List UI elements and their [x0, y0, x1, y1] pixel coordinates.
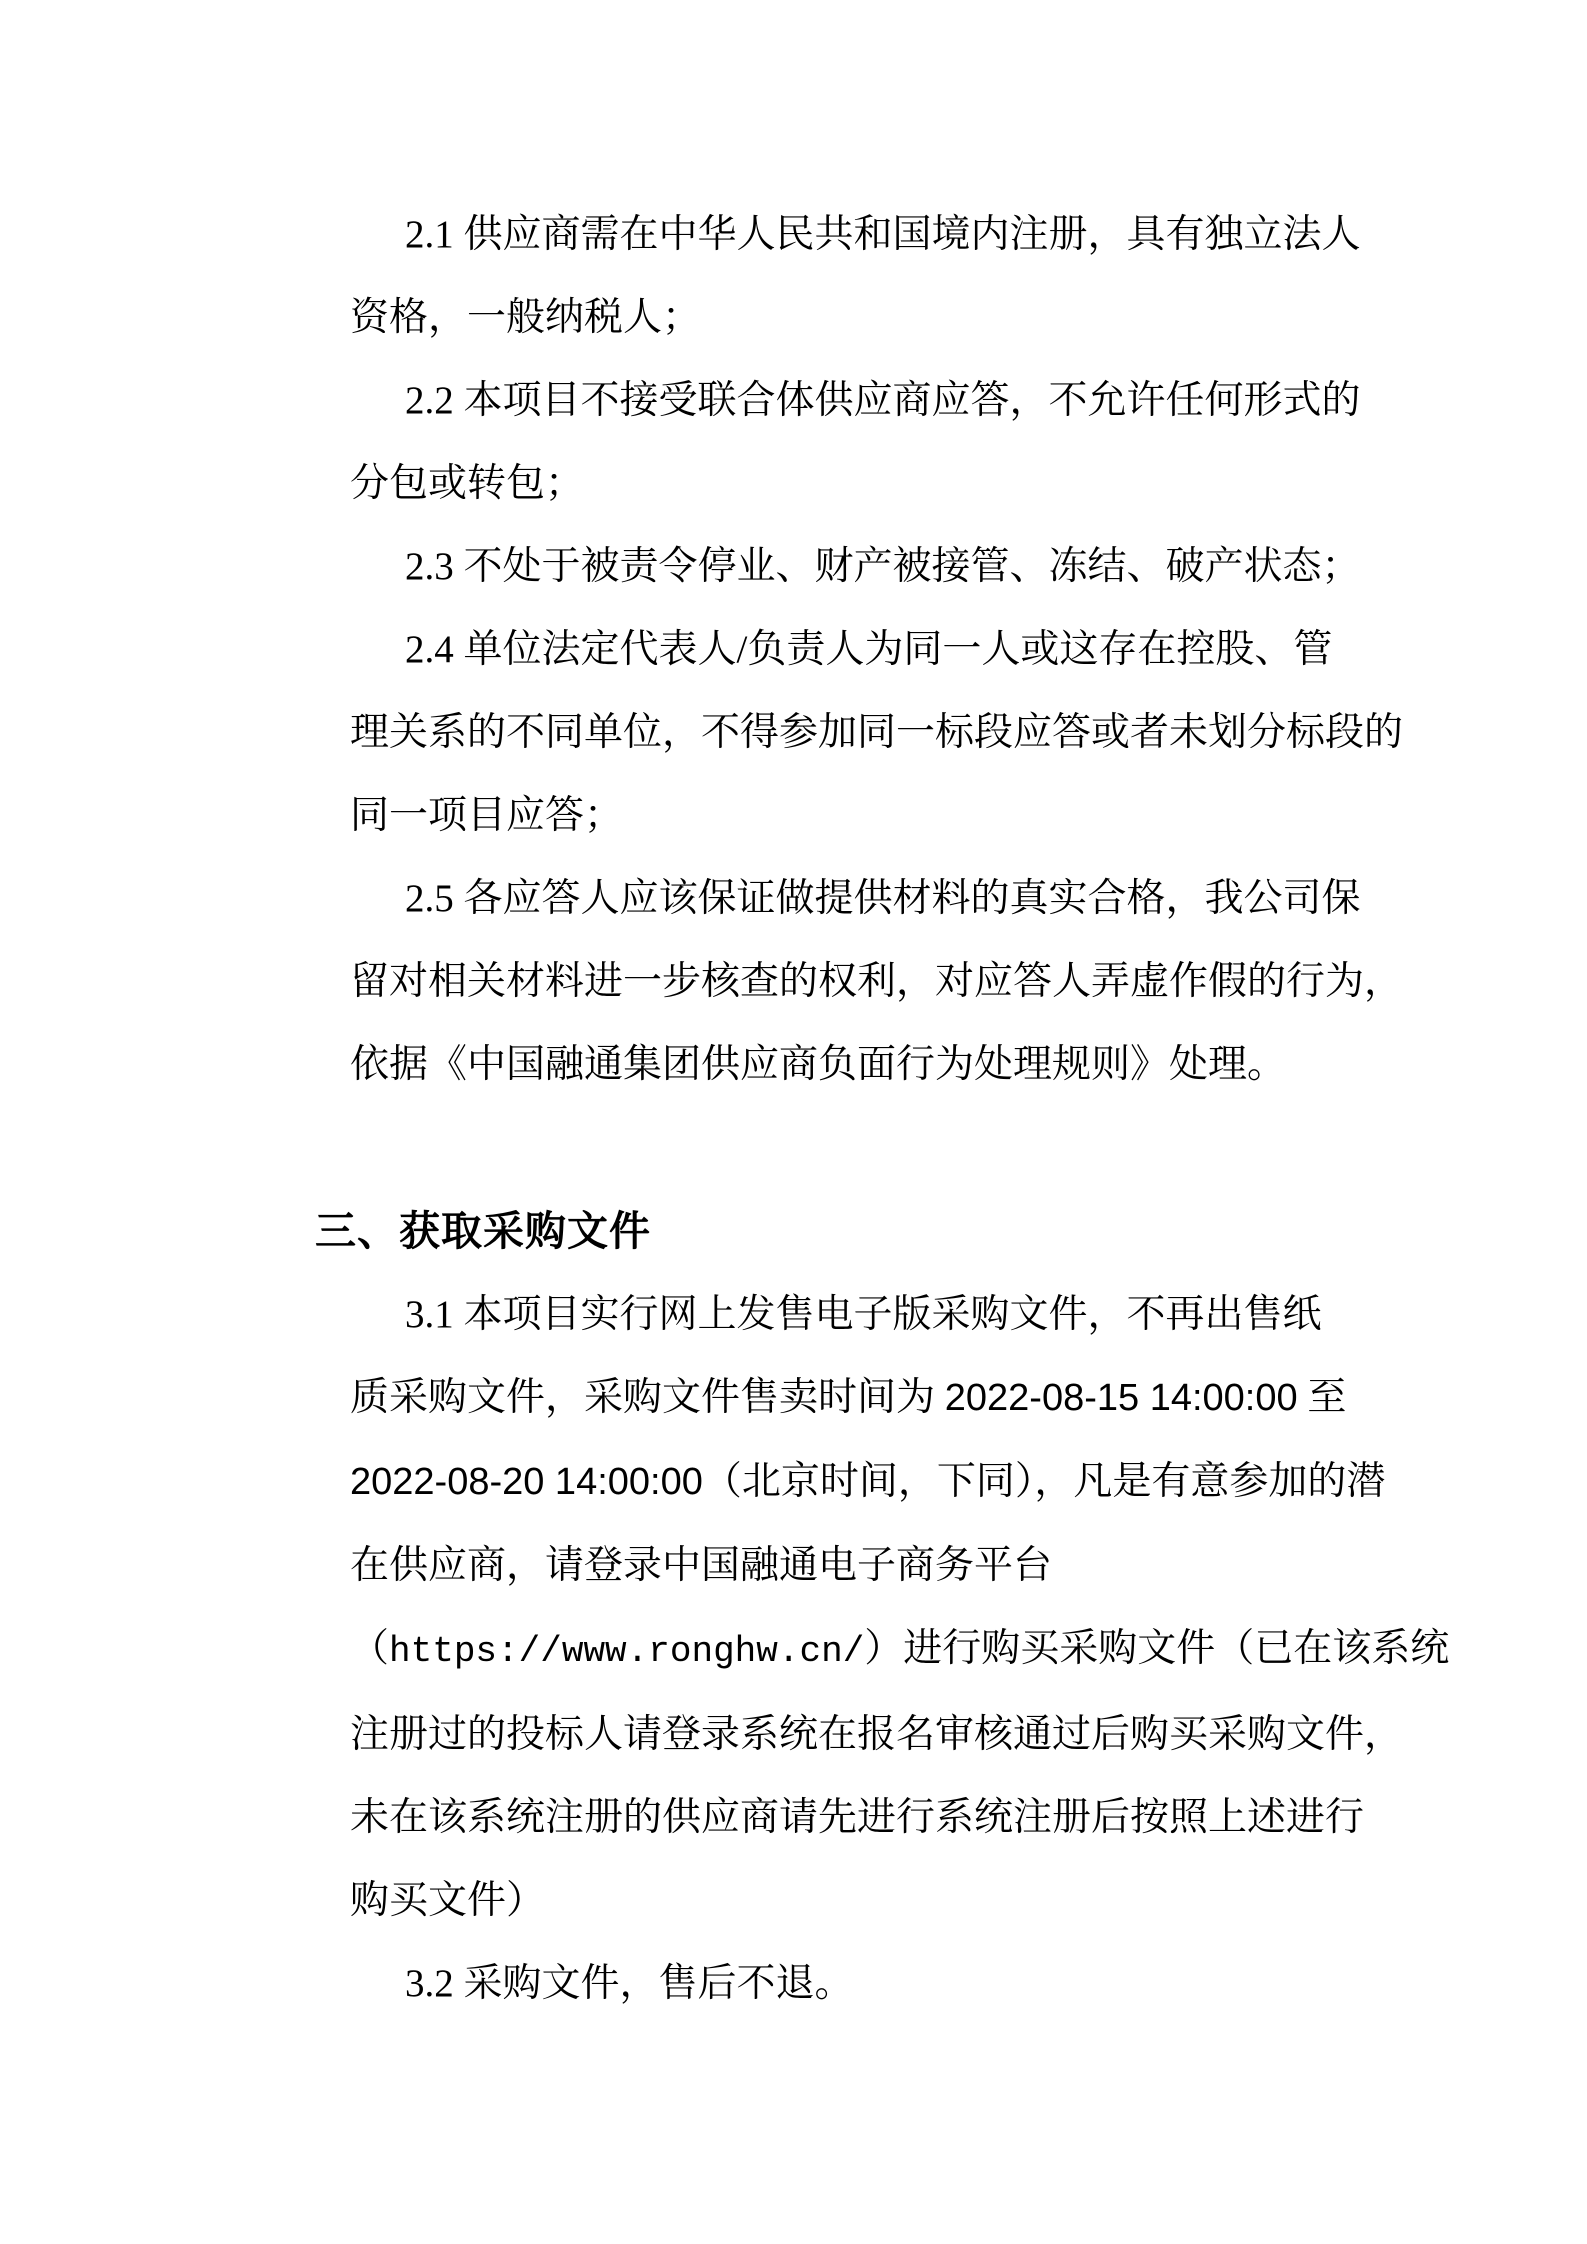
clause-3-1-line-1: 3.1 本项目实行网上发售电子版采购文件，不再出售纸 — [350, 1273, 1415, 1356]
clause-3-1-line-5: （https://www.ronghw.cn/）进行购买采购文件（已在该系统 — [350, 1607, 1415, 1693]
clause-3-2-line: 3.2 采购文件，售后不退。 — [350, 1942, 1415, 2025]
sale-time-joiner: 至 — [1298, 1376, 1347, 1419]
platform-url: https://www.ronghw.cn/ — [389, 1631, 864, 1672]
clause-3-1-line-2: 质采购文件，采购文件售卖时间为 2022-08-15 14:00:00 至 — [350, 1356, 1415, 1440]
clause-2-4-line-2: 理关系的不同单位，不得参加同一标段应答或者未划分标段的 — [350, 691, 1415, 774]
sale-end-datetime: 2022-08-20 14:00:00 — [350, 1461, 703, 1503]
document-page: 2.1 供应商需在中华人民共和国境内注册，具有独立法人 资格，一般纳税人； 2.… — [0, 0, 1587, 2244]
clause-2-4-line-1: 2.4 单位法定代表人/负责人为同一人或这存在控股、管 — [350, 608, 1415, 691]
clause-3-1-line-7: 未在该系统注册的供应商请先进行系统注册后按照上述进行 — [350, 1776, 1415, 1859]
clause-2-1-line-2: 资格，一般纳税人； — [350, 276, 1415, 359]
clause-3-1-line-8: 购买文件） — [350, 1859, 1415, 1942]
clause-2-1-line-1: 2.1 供应商需在中华人民共和国境内注册，具有独立法人 — [350, 193, 1415, 276]
section-heading-obtain-documents: 三、获取采购文件 — [315, 1198, 1415, 1264]
clause-2-5-line-2: 留对相关材料进一步核查的权利，对应答人弄虚作假的行为， — [350, 940, 1415, 1023]
sale-start-datetime: 2022-08-15 14:00:00 — [945, 1377, 1298, 1419]
clause-2-4-line-3: 同一项目应答； — [350, 774, 1415, 857]
url-suffix-text: ）进行购买采购文件（已在该系统 — [864, 1627, 1449, 1670]
clause-2-3-line: 2.3 不处于被责令停业、财产被接管、冻结、破产状态； — [350, 525, 1415, 608]
sale-time-prefix: 质采购文件，采购文件售卖时间为 — [350, 1376, 945, 1419]
url-open-paren: （ — [350, 1627, 389, 1670]
clause-2-2-line-2: 分包或转包； — [350, 442, 1415, 525]
clause-3-1-line-4: 在供应商，请登录中国融通电子商务平台 — [350, 1524, 1415, 1607]
clause-2-5-line-1: 2.5 各应答人应该保证做提供材料的真实合格，我公司保 — [350, 857, 1415, 940]
clause-2-5-line-3: 依据《中国融通集团供应商负面行为处理规则》处理。 — [350, 1023, 1415, 1106]
document-content: 2.1 供应商需在中华人民共和国境内注册，具有独立法人 资格，一般纳税人； 2.… — [315, 193, 1415, 2025]
clause-2-2-line-1: 2.2 本项目不接受联合体供应商应答，不允许任何形式的 — [350, 359, 1415, 442]
sale-end-suffix: （北京时间，下同），凡是有意参加的潜 — [703, 1460, 1386, 1503]
clause-3-1-line-3: 2022-08-20 14:00:00（北京时间，下同），凡是有意参加的潜 — [350, 1440, 1415, 1524]
clause-3-1-line-6: 注册过的投标人请登录系统在报名审核通过后购买采购文件， — [350, 1693, 1415, 1776]
